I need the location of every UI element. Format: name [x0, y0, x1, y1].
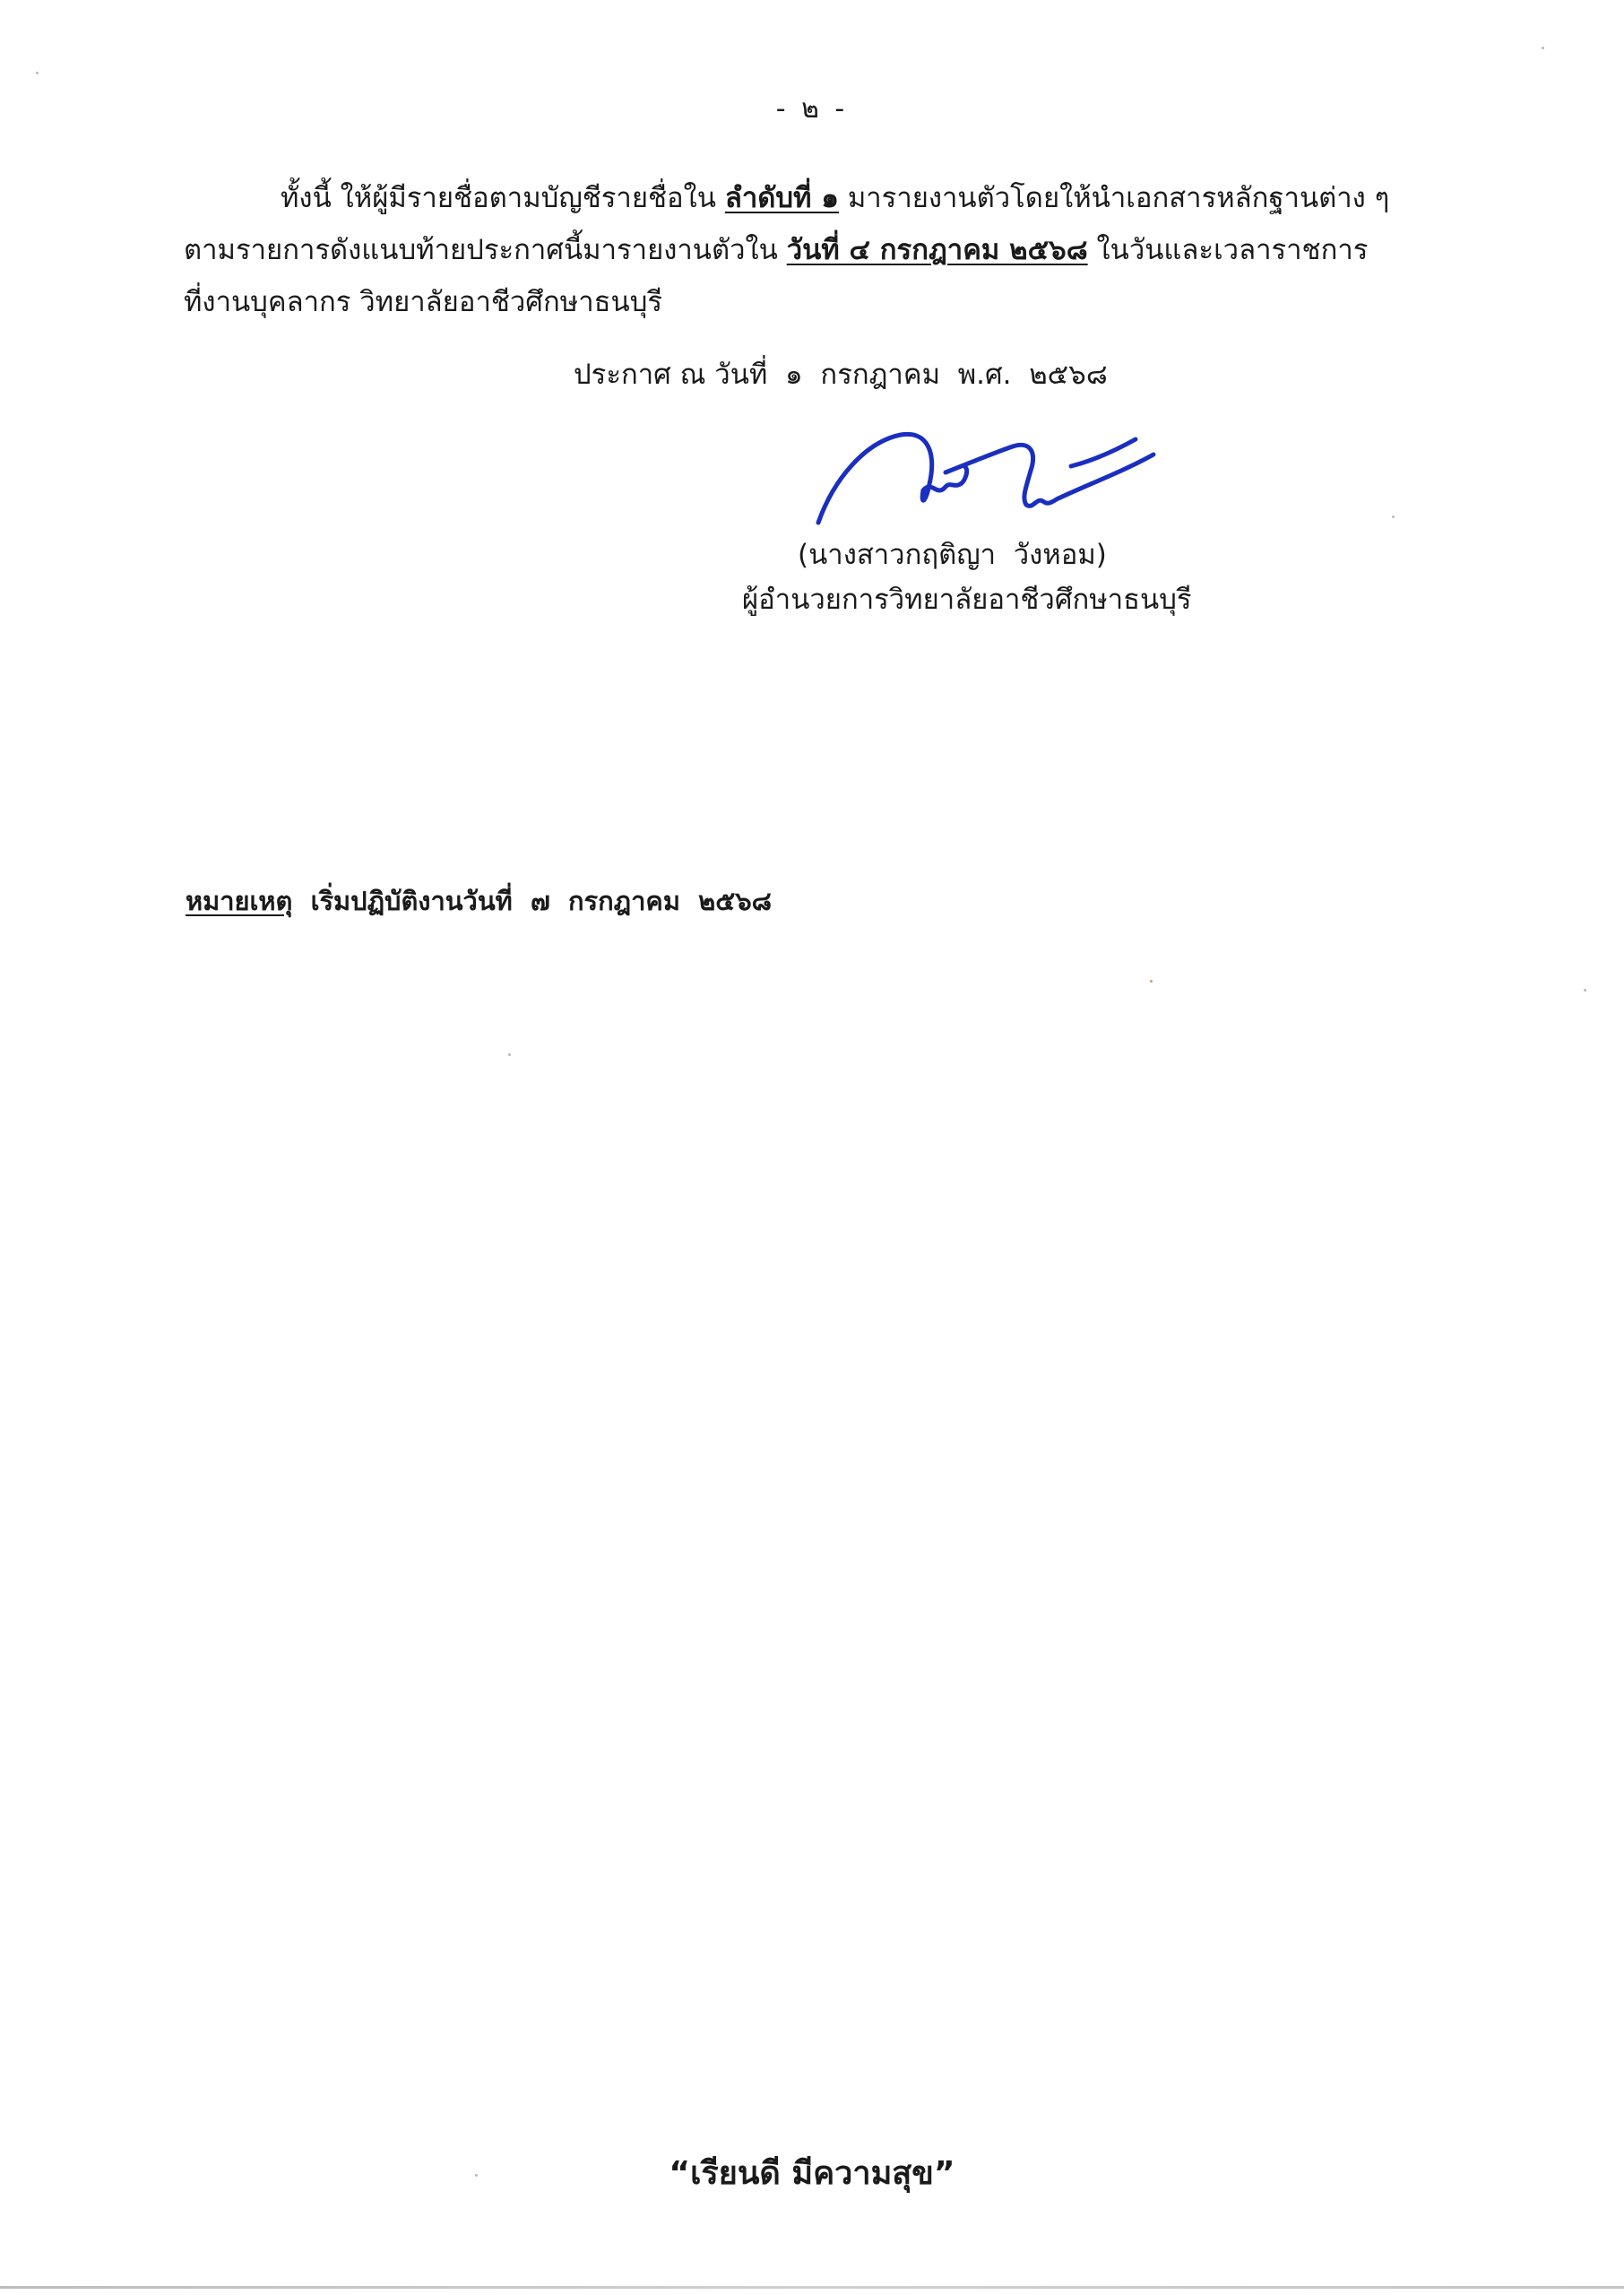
body-line-1-post: มารายงานตัวโดยให้นำเอกสารหลักฐานต่าง ๆ: [839, 182, 1389, 214]
body-line-2-pre: ตามรายการดังแนบท้ายประกาศนี้มารายงานตัวใ…: [184, 234, 787, 266]
scan-speck: [1584, 989, 1586, 992]
scan-speck: [1392, 515, 1395, 518]
scan-speck: [1150, 980, 1153, 983]
page-bottom-edge: [0, 2286, 1624, 2289]
announcement-date: ประกาศ ณ วันที่ ๑ กรกฎาคม พ.ศ. ๒๕๖๘: [574, 351, 1108, 396]
document-page: - ๒ - ทั้งนี้ ให้ผู้มีรายชื่อตามบัญชีราย…: [0, 0, 1624, 2295]
body-line-1-pre: ทั้งนี้ ให้ผู้มีรายชื่อตามบัญชีรายชื่อใน: [281, 182, 725, 214]
note-label: หมายเหตุ: [186, 886, 292, 916]
body-paragraph: ทั้งนี้ ให้ผู้มีรายชื่อตามบัญชีรายชื่อใน…: [184, 172, 1421, 328]
signer-title: ผู้อำนวยการวิทยาลัยอาชีวศึกษาธนบุรี: [742, 576, 1192, 621]
page-number: - ๒ -: [0, 88, 1624, 130]
body-line-2-post: ในวันและเวลาราชการ: [1088, 234, 1369, 266]
rank-emphasis: ลำดับที่ ๑: [725, 182, 839, 214]
body-line-2: ตามรายการดังแนบท้ายประกาศนี้มารายงานตัวใ…: [184, 224, 1421, 276]
signature-image: [802, 417, 1161, 529]
scan-speck: [36, 72, 39, 74]
note: หมายเหตุ เริ่มปฏิบัติงานวันที่ ๗ กรกฎาคม…: [186, 880, 772, 922]
body-line-3: ที่งานบุคลากร วิทยาลัยอาชีวศึกษาธนบุรี: [184, 276, 1421, 328]
signer-name: (นางสาวกฤติญา วังหอม): [798, 532, 1107, 576]
scan-speck: [508, 1053, 511, 1056]
motto: “เรียนดี มีความสุข”: [0, 2147, 1624, 2198]
report-date-emphasis: วันที่ ๔ กรกฎาคม ๒๕๖๘: [787, 234, 1088, 266]
scan-speck: [1542, 47, 1544, 49]
body-line-1: ทั้งนี้ ให้ผู้มีรายชื่อตามบัญชีรายชื่อใน…: [184, 172, 1421, 224]
note-text: เริ่มปฏิบัติงานวันที่ ๗ กรกฎาคม ๒๕๖๘: [292, 886, 772, 916]
scan-speck: [475, 2174, 478, 2177]
